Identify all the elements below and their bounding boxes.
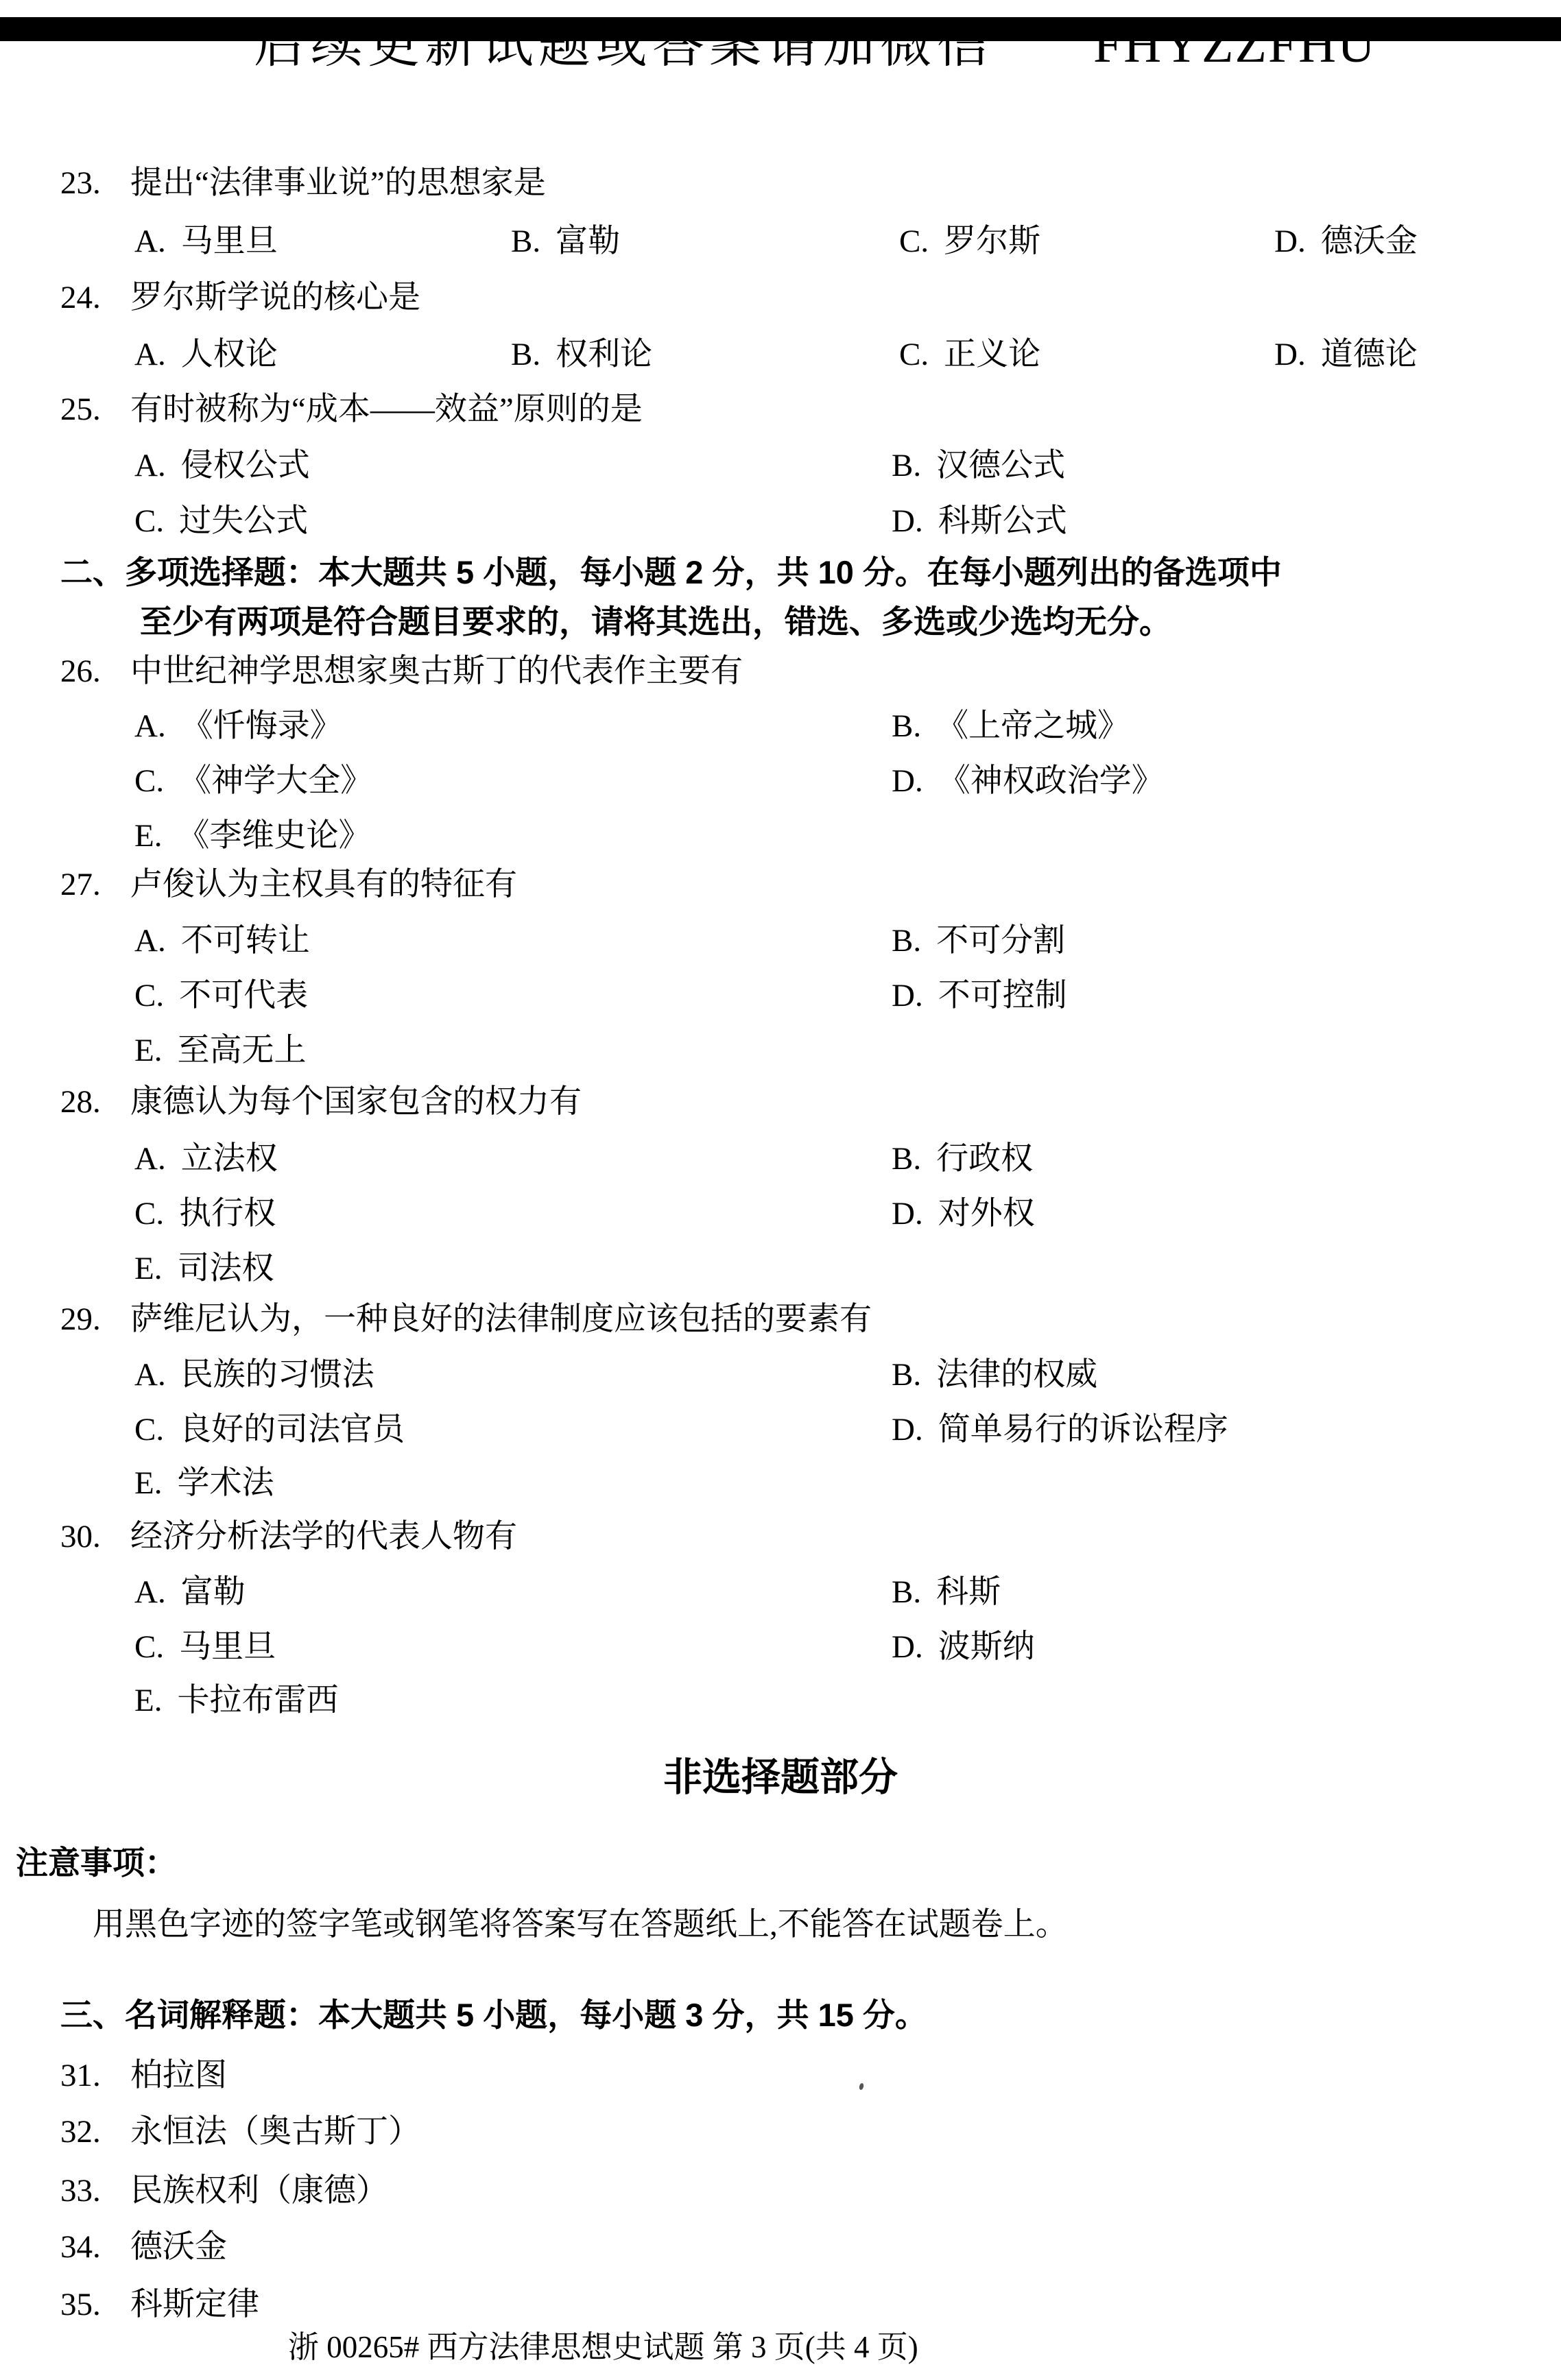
- q27-option-b: B.不可分割: [892, 922, 1065, 959]
- q27-option-d-text: 不可控制: [938, 978, 1067, 1013]
- q30-option-d-label: D.: [892, 1628, 923, 1666]
- q26-option-b-label: B.: [892, 708, 921, 745]
- q30-option-c: C.马里旦: [134, 1628, 276, 1666]
- q24-option-a-label: A.: [134, 336, 166, 373]
- q24-option-c: C.正义论: [899, 336, 1040, 373]
- q30-option-d-text: 波斯纳: [938, 1629, 1035, 1665]
- q25-option-a-text: 侵权公式: [181, 448, 310, 483]
- q35-num: 35.: [60, 2286, 130, 2323]
- q28-text: 康德认为每个国家包含的权力有: [130, 1084, 582, 1120]
- q28-option-a-label: A.: [134, 1140, 166, 1177]
- question-27: 27.卢俊认为主权具有的特征有: [60, 866, 517, 903]
- q23-option-a-label: A.: [134, 223, 166, 260]
- q26-option-c-text: 《神学大全》: [179, 763, 372, 799]
- exam-page: 后续更新试题或答案请加微信FHYZZFHU 23.提出“法律事业说”的思想家是 …: [0, 0, 1561, 2380]
- q26-option-a-text: 《忏悔录》: [181, 708, 342, 744]
- question-23: 23.提出“法律事业说”的思想家是: [60, 165, 546, 202]
- q30-option-a-label: A.: [134, 1574, 166, 1611]
- question-32: 32.永恒法（奥古斯丁）: [60, 2113, 420, 2150]
- q24-option-b-text: 权利论: [556, 337, 652, 372]
- q24-option-d-text: 道德论: [1321, 337, 1418, 372]
- question-35: 35.科斯定律: [60, 2286, 259, 2323]
- q23-option-b-label: B.: [511, 223, 540, 260]
- q24-option-b: B.权利论: [511, 336, 652, 373]
- q30-text: 经济分析法学的代表人物有: [130, 1519, 517, 1554]
- q28-option-e-label: E.: [134, 1250, 162, 1287]
- q26-option-e-label: E.: [134, 817, 162, 854]
- q24-option-a-text: 人权论: [181, 337, 278, 372]
- q24-text: 罗尔斯学说的核心是: [130, 280, 420, 315]
- notice-text: 用黑色字迹的签字笔或钢笔将答案写在答题纸上,不能答在试题卷上。: [93, 1906, 1068, 1943]
- q26-option-e: E.《李维史论》: [134, 817, 370, 854]
- q28-option-e-text: 司法权: [177, 1251, 274, 1286]
- q29-option-e-label: E.: [134, 1465, 162, 1502]
- q26-option-c-label: C.: [134, 762, 164, 800]
- q31-text: 柏拉图: [130, 2058, 227, 2093]
- q27-text: 卢俊认为主权具有的特征有: [130, 867, 517, 902]
- q26-option-b-text: 《上帝之城》: [936, 708, 1130, 744]
- q28-option-c-label: C.: [134, 1195, 164, 1232]
- q35-text: 科斯定律: [130, 2287, 259, 2322]
- q28-option-d-label: D.: [892, 1195, 923, 1232]
- q33-text: 民族权利（康德）: [130, 2173, 388, 2209]
- q29-option-a-label: A.: [134, 1356, 166, 1393]
- q25-option-b: B.汉德公式: [892, 447, 1065, 484]
- q32-num: 32.: [60, 2113, 130, 2150]
- q25-num: 25.: [60, 391, 130, 428]
- q25-option-d-text: 科斯公式: [938, 503, 1067, 539]
- question-30: 30.经济分析法学的代表人物有: [60, 1518, 517, 1555]
- q30-option-d: D.波斯纳: [892, 1628, 1035, 1666]
- redaction-bar: [0, 17, 1561, 41]
- q23-option-a-text: 马里旦: [181, 224, 278, 259]
- q29-text: 萨维尼认为，一种良好的法律制度应该包括的要素有: [130, 1301, 872, 1337]
- q27-option-b-text: 不可分割: [936, 923, 1065, 959]
- q29-num: 29.: [60, 1301, 130, 1338]
- q26-num: 26.: [60, 653, 130, 690]
- q26-text: 中世纪神学思想家奥古斯丁的代表作主要有: [130, 653, 743, 689]
- q29-option-b-label: B.: [892, 1356, 921, 1393]
- q34-text: 德沃金: [130, 2229, 227, 2265]
- q23-option-c-label: C.: [899, 223, 929, 260]
- q27-option-b-label: B.: [892, 922, 921, 959]
- q32-text: 永恒法（奥古斯丁）: [130, 2114, 420, 2150]
- q23-option-c: C.罗尔斯: [899, 223, 1040, 260]
- q28-option-b-text: 行政权: [936, 1141, 1033, 1177]
- q23-option-c-text: 罗尔斯: [944, 224, 1040, 259]
- q23-text: 提出“法律事业说”的思想家是: [130, 165, 546, 201]
- q29-option-b: B.法律的权威: [892, 1356, 1097, 1393]
- q25-option-b-label: B.: [892, 447, 921, 484]
- q23-option-d-label: D.: [1274, 223, 1306, 260]
- q23-option-a: A.马里旦: [134, 223, 278, 260]
- q25-option-c-label: C.: [134, 503, 164, 540]
- q27-option-e-text: 至高无上: [177, 1033, 306, 1068]
- q29-option-a-text: 民族的习惯法: [181, 1357, 374, 1393]
- q26-option-e-text: 《李维史论》: [177, 818, 370, 854]
- q28-option-c: C.执行权: [134, 1195, 276, 1232]
- question-25: 25.有时被称为“成本——效益”原则的是: [60, 391, 643, 428]
- q26-option-d-text: 《神权政治学》: [938, 763, 1164, 799]
- q30-option-a-text: 富勒: [181, 1574, 246, 1610]
- q30-option-b: B.科斯: [892, 1574, 1001, 1611]
- q28-option-a: A.立法权: [134, 1140, 278, 1177]
- q26-option-a-label: A.: [134, 708, 166, 745]
- question-26: 26.中世纪神学思想家奥古斯丁的代表作主要有: [60, 653, 743, 690]
- q29-option-c-label: C.: [134, 1411, 164, 1448]
- q29-option-d: D.简单易行的诉讼程序: [892, 1411, 1228, 1448]
- q28-option-e: E.司法权: [134, 1250, 274, 1287]
- q25-option-b-text: 汉德公式: [936, 448, 1065, 483]
- q25-option-d: D.科斯公式: [892, 503, 1067, 540]
- q24-num: 24.: [60, 279, 130, 316]
- q25-option-c-text: 过失公式: [179, 503, 308, 539]
- q29-option-c-text: 良好的司法官员: [179, 1412, 405, 1447]
- q23-num: 23.: [60, 165, 130, 202]
- q30-option-b-label: B.: [892, 1574, 921, 1611]
- q23-option-b: B.富勒: [511, 223, 620, 260]
- q24-option-a: A.人权论: [134, 336, 278, 373]
- q27-option-d-label: D.: [892, 977, 923, 1014]
- q30-num: 30.: [60, 1518, 130, 1555]
- q25-option-d-label: D.: [892, 503, 923, 540]
- q30-option-e-text: 卡拉布雷西: [177, 1683, 338, 1718]
- q27-option-e: E.至高无上: [134, 1032, 306, 1069]
- q27-option-c-text: 不可代表: [179, 978, 308, 1013]
- q26-option-d-label: D.: [892, 762, 923, 800]
- q27-num: 27.: [60, 866, 130, 903]
- q26-option-b: B.《上帝之城》: [892, 708, 1130, 745]
- q25-option-a-label: A.: [134, 447, 166, 484]
- q28-option-b: B.行政权: [892, 1140, 1033, 1177]
- q24-option-b-label: B.: [511, 336, 540, 373]
- q29-option-d-label: D.: [892, 1411, 923, 1448]
- q23-option-d: D.德沃金: [1274, 223, 1418, 260]
- q26-option-d: D.《神权政治学》: [892, 762, 1164, 800]
- q29-option-e: E.学术法: [134, 1465, 274, 1502]
- q30-option-c-label: C.: [134, 1628, 164, 1666]
- q27-option-c: C.不可代表: [134, 977, 308, 1014]
- q29-option-b-text: 法律的权威: [936, 1357, 1097, 1393]
- q27-option-a-label: A.: [134, 922, 166, 959]
- question-34: 34.德沃金: [60, 2228, 227, 2265]
- notice-label: 注意事项：: [16, 1844, 177, 1882]
- q25-option-a: A.侵权公式: [134, 447, 310, 484]
- q27-option-a-text: 不可转让: [181, 923, 310, 959]
- q24-option-c-label: C.: [899, 336, 929, 373]
- q28-option-d: D.对外权: [892, 1195, 1035, 1232]
- question-29: 29.萨维尼认为，一种良好的法律制度应该包括的要素有: [60, 1301, 872, 1338]
- q33-num: 33.: [60, 2172, 130, 2209]
- q26-option-a: A.《忏悔录》: [134, 708, 342, 745]
- q31-num: 31.: [60, 2057, 130, 2094]
- q30-option-e-label: E.: [134, 1682, 162, 1719]
- q30-option-e: E.卡拉布雷西: [134, 1682, 338, 1719]
- q30-option-c-text: 马里旦: [179, 1629, 276, 1665]
- q24-option-d-label: D.: [1274, 336, 1306, 373]
- q26-option-c: C.《神学大全》: [134, 762, 372, 800]
- q28-option-d-text: 对外权: [938, 1196, 1035, 1231]
- q28-option-a-text: 立法权: [181, 1141, 278, 1177]
- q30-option-b-text: 科斯: [936, 1574, 1001, 1610]
- question-31: 31.柏拉图: [60, 2057, 227, 2094]
- page-footer: 浙 00265# 西方法律思想史试题 第 3 页(共 4 页): [288, 2330, 918, 2366]
- q23-option-b-text: 富勒: [556, 224, 620, 259]
- question-24: 24.罗尔斯学说的核心是: [60, 279, 420, 316]
- q25-option-c: C.过失公式: [134, 503, 308, 540]
- q24-option-d: D.道德论: [1274, 336, 1418, 373]
- q30-option-a: A.富勒: [134, 1574, 246, 1611]
- q29-option-e-text: 学术法: [177, 1465, 274, 1501]
- q25-text: 有时被称为“成本——效益”原则的是: [130, 392, 643, 427]
- scan-artifact-dot: [859, 2082, 864, 2090]
- q27-option-a: A.不可转让: [134, 922, 310, 959]
- section-3-header: 三、名词解释题：本大题共 5 小题，每小题 3 分，共 15 分。: [60, 1997, 927, 2034]
- question-28: 28.康德认为每个国家包含的权力有: [60, 1083, 582, 1120]
- q28-num: 28.: [60, 1083, 130, 1120]
- non-choice-section-title: 非选择题部分: [0, 1755, 1561, 1801]
- q29-option-c: C.良好的司法官员: [134, 1411, 405, 1448]
- q29-option-d-text: 简单易行的诉讼程序: [938, 1412, 1228, 1447]
- q28-option-c-text: 执行权: [179, 1196, 276, 1231]
- q27-option-e-label: E.: [134, 1032, 162, 1069]
- q28-option-b-label: B.: [892, 1140, 921, 1177]
- q23-option-d-text: 德沃金: [1321, 224, 1418, 259]
- section-2-header-line1: 二、多项选择题：本大题共 5 小题，每小题 2 分，共 10 分。在每小题列出的…: [60, 554, 1282, 591]
- q27-option-c-label: C.: [134, 977, 164, 1014]
- question-33: 33.民族权利（康德）: [60, 2172, 388, 2209]
- q24-option-c-text: 正义论: [944, 337, 1040, 372]
- section-2-header-line2: 至少有两项是符合题目要求的，请将其选出，错选、多选或少选均无分。: [140, 603, 1171, 640]
- q34-num: 34.: [60, 2228, 130, 2265]
- q29-option-a: A.民族的习惯法: [134, 1356, 374, 1393]
- q27-option-d: D.不可控制: [892, 977, 1067, 1014]
